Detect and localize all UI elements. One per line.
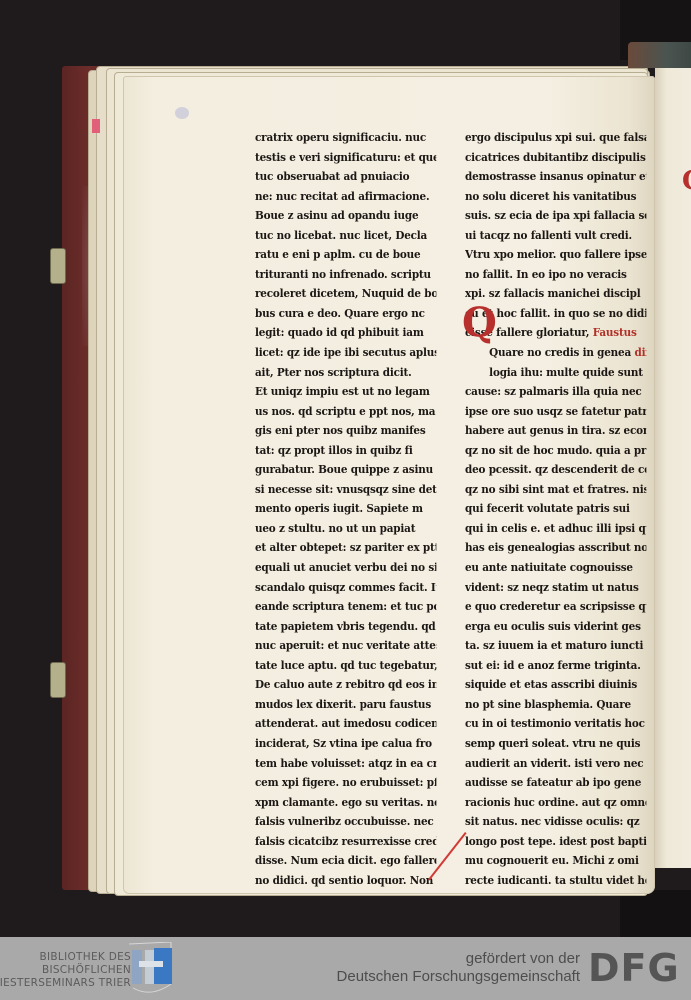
- manuscript-line: equali ut anuciet verbu dei no sine: [255, 558, 436, 578]
- text-column-right: ergo discipulus xpi sui. que falsascicat…: [465, 128, 660, 890]
- manuscript-line: falsis vulneribz occubuisse. nec: [255, 812, 436, 832]
- bookmark-tab: [92, 119, 100, 133]
- manuscript-line: bus cura e deo. Quare ergo nc: [255, 304, 436, 324]
- rubric-text: dixit: [634, 345, 646, 359]
- manuscript-line: habere aut genus in tira. sz econt: [465, 421, 646, 441]
- manuscript-line: cicatrices dubitantibz discipulis: [465, 148, 646, 168]
- manuscript-line: has eis genealogias asscribut no: [465, 538, 646, 558]
- manuscript-line: si necesse sit: vnusqsqz sine detri: [255, 480, 436, 500]
- manuscript-line: no pt sine blasphemia. Quare: [465, 695, 646, 715]
- manuscript-line: ait, Pter nos scriptura dicit.: [255, 363, 436, 383]
- manuscript-line: eu ante natiuitate cognouisse: [465, 558, 646, 578]
- funding-line1: gefördert von der: [360, 950, 580, 967]
- manuscript-viewer: C cratrix operu significaciu. nuctestis …: [0, 0, 691, 937]
- manuscript-line: falsis cicatcibz resurrexisse credi: [255, 832, 436, 852]
- manuscript-line: no didici. qd sentio loquor. Non: [255, 871, 436, 891]
- manuscript-line: Boue z asinu ad opandu iuge: [255, 206, 436, 226]
- manuscript-line: nuc aperuit: et nuc veritate attes: [255, 636, 436, 656]
- manuscript-line: audierit an viderit. isti vero nec: [465, 754, 646, 774]
- rubric-initial-q: Q: [462, 303, 497, 343]
- manuscript-line: e quo crederetur ea scripsisse qui: [465, 597, 646, 617]
- manuscript-line: ergo discipulus xpi sui. que falsas: [465, 128, 646, 148]
- manuscript-line: cu in oi testimonio veritatis hoc: [465, 714, 646, 734]
- manuscript-line: attenderat. aut imedosu codicem: [255, 714, 436, 734]
- clasp-icon: [50, 248, 66, 284]
- manuscript-line: disse. Num ecia dicit. ego fallere: [255, 851, 436, 871]
- manuscript-line: legit: quado id qd phibuit iam: [255, 323, 436, 343]
- manuscript-line: recte iudicanti. ta stultu videt hoc: [465, 871, 646, 891]
- manuscript-line: eande scriptura tenem: et tuc potes: [255, 597, 436, 617]
- rubric-text: Faustus: [593, 325, 637, 339]
- manuscript-line: ipse ore suo usqz se fatetur patre: [465, 402, 646, 422]
- manuscript-line: xpm clamante. ego su veritas. nec cu: [255, 793, 436, 813]
- clasp-icon: [50, 662, 66, 698]
- manuscript-line: erga eu oculis suis viderint ges: [465, 617, 646, 637]
- manuscript-line: tate papietem vbris tegendu. qd: [255, 617, 436, 637]
- ink-stain: [175, 107, 189, 119]
- manuscript-line: qui fecerit volutate patris sui: [465, 499, 646, 519]
- manuscript-line: suis. sz ecia de ipa xpi fallacia ser: [465, 206, 646, 226]
- facing-page: C: [655, 68, 691, 868]
- dfg-logo: DFG: [588, 949, 680, 987]
- manuscript-line: vident: sz neqz statim ut natus: [465, 578, 646, 598]
- manuscript-line: logia ihu: multe quide sunt: [465, 363, 646, 383]
- manuscript-line: testis e veri significaturu: et que: [255, 148, 436, 168]
- manuscript-line: siquide et etas asscribi diuinis: [465, 675, 646, 695]
- manuscript-line: racionis huc ordine. aut qz omne: [465, 793, 646, 813]
- manuscript-line: cratrix operu significaciu. nuc: [255, 128, 436, 148]
- manuscript-line: no fallit. In eo ipo no veracis: [465, 265, 646, 285]
- manuscript-line: mento operis iugit. Sapiete m: [255, 499, 436, 519]
- manuscript-line: deo pcessit. qz descenderit de celo.: [465, 460, 646, 480]
- footer-bar: BIBLIOTHEK DES BISCHÖFLICHEN PRIESTERSEM…: [0, 937, 691, 1000]
- manuscript-line: qz no sibi sint mat et fratres. nisi: [465, 480, 646, 500]
- manuscript-line: ui tacqz no fallenti vult credi.: [465, 226, 646, 246]
- manuscript-line: longo post tepe. idest post baptis: [465, 832, 646, 852]
- facing-initial: C: [682, 168, 691, 194]
- manuscript-line: et alter obtepet: sz pariter ex pttate: [255, 538, 436, 558]
- manuscript-line: ta. sz iuuem ia et maturo iuncti: [465, 636, 646, 656]
- manuscript-line: qui in celis e. et adhuc illi ipsi qui: [465, 519, 646, 539]
- manuscript-line: Vtru xpo melior. quo fallere ipse: [465, 245, 646, 265]
- spine-top: [628, 42, 691, 68]
- manuscript-line: tate luce aptu. qd tuc tegebatur,: [255, 656, 436, 676]
- manuscript-line: De caluo aute z rebitro qd eos im: [255, 675, 436, 695]
- manuscript-line: Et uniqz impiu est ut no legam: [255, 382, 436, 402]
- manuscript-line: ueo z stultu. no ut un papiat: [255, 519, 436, 539]
- manuscript-line: inciderat, Sz vtina ipe calua fro: [255, 734, 436, 754]
- manuscript-line: cause: sz palmaris illa quia nec: [465, 382, 646, 402]
- manuscript-line: gurabatur. Boue quippe z asinu: [255, 460, 436, 480]
- manuscript-line: gis eni pter nos quibz manifes: [255, 421, 436, 441]
- manuscript-line: tem habe voluisset: atqz in ea cru: [255, 754, 436, 774]
- text-column-left: cratrix operu significaciu. nuctestis e …: [255, 128, 450, 890]
- manuscript-line: trituranti no infrenado. scriptu: [255, 265, 436, 285]
- manuscript-line: audisse se fateatur ab ipo gene: [465, 773, 646, 793]
- manuscript-line: mu cognouerit eu. Michi z omi: [465, 851, 646, 871]
- library-name-line2: BISCHÖFLICHEN: [0, 964, 131, 977]
- manuscript-line: tat: qz propt illos in quibz fi: [255, 441, 436, 461]
- manuscript-line: demostrasse insanus opinatur et: [465, 167, 646, 187]
- manuscript-line: cem xpi figere. no erubuisset: pfco: [255, 773, 436, 793]
- manuscript-line: tuc obseruabat ad pnuiacio: [255, 167, 436, 187]
- manuscript-line: licet: qz ide ipe ibi secutus aplus: [255, 343, 436, 363]
- library-name-line1: BIBLIOTHEK DES: [0, 951, 131, 964]
- manuscript-line: ne: nuc recitat ad afirmacione.: [255, 187, 436, 207]
- manuscript-line: scandalo quisqz commes facit. Itaqz: [255, 578, 436, 598]
- manuscript-line: sut ei: id e anoz ferme triginta.: [465, 656, 646, 676]
- manuscript-line: recoleret dicetem, Nuquid de bo: [255, 284, 436, 304]
- library-name-line3: PRIESTERSEMINARS TRIER: [0, 977, 131, 990]
- manuscript-line: semp queri soleat. vtru ne quis: [465, 734, 646, 754]
- manuscript-line: qz no sit de hoc mudo. quia a pre: [465, 441, 646, 461]
- manuscript-line: ratu e eni p aplm. cu de boue: [255, 245, 436, 265]
- funding-line2: Deutschen Forschungsgemeinschaft: [300, 968, 580, 985]
- manuscript-line: no solu diceret his vanitatibus: [465, 187, 646, 207]
- background-corner: [620, 890, 691, 937]
- manuscript-line: us nos. qd scriptu e ppt nos, ma: [255, 402, 436, 422]
- manuscript-line: tuc no licebat. nuc licet, Decla: [255, 226, 436, 246]
- manuscript-line: sit natus. nec vidisse oculis: qz: [465, 812, 646, 832]
- library-cross-logo-icon: [127, 942, 177, 994]
- manuscript-line: mudos lex dixerit. paru faustus: [255, 695, 436, 715]
